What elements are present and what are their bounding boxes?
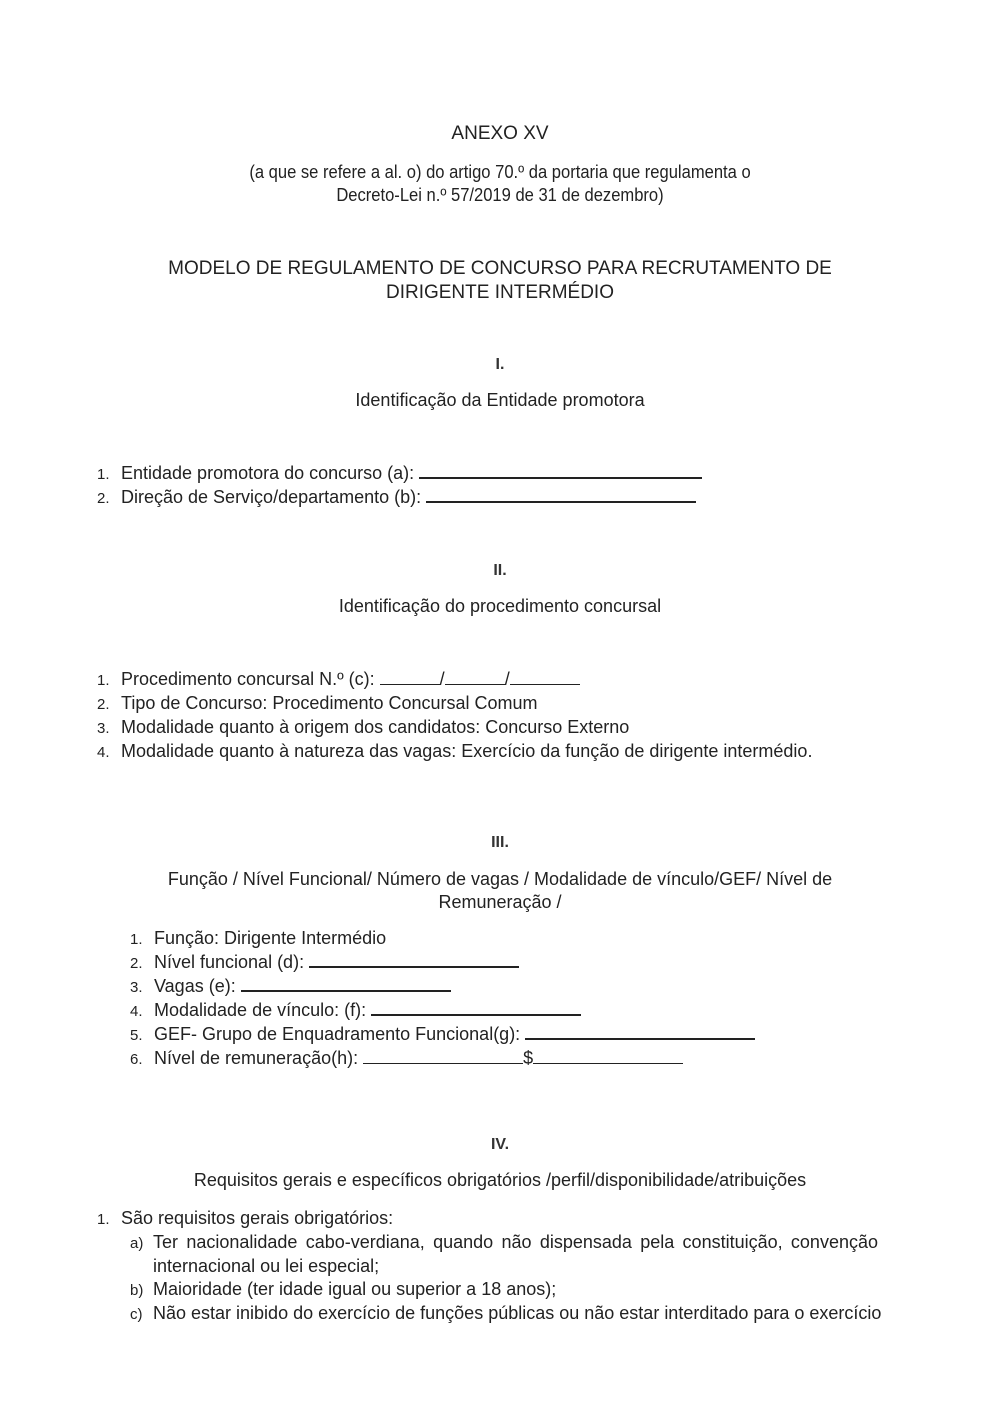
sub-item: b)Maioridade (ter idade igual ou superio… — [97, 1278, 881, 1302]
list-item: 4.Modalidade quanto à natureza das vagas… — [97, 740, 812, 764]
candidate-origin: Modalidade quanto à origem dos candidato… — [121, 717, 629, 737]
list-item: 3.Vagas (e): — [130, 975, 755, 999]
section-1-list: 1.Entidade promotora do concurso (a): 2.… — [97, 462, 702, 510]
procedure-number-field-3[interactable] — [510, 670, 580, 685]
section-2-list: 1.Procedimento concursal N.º (c): // 2.T… — [97, 668, 812, 764]
list-item: 2.Nível funcional (d): — [130, 951, 755, 975]
vacancies-field[interactable] — [241, 976, 451, 992]
section-4-list: 1.São requisitos gerais obrigatórios: a)… — [97, 1207, 881, 1326]
section-4-title: Requisitos gerais e específicos obrigató… — [0, 1170, 1000, 1191]
department-field[interactable] — [426, 487, 696, 503]
bond-modality-field[interactable] — [371, 1000, 581, 1016]
department-label: Direção de Serviço/departamento (b): — [121, 487, 426, 507]
procedure-number-field-1[interactable] — [380, 670, 440, 685]
section-1-numeral: I. — [0, 356, 1000, 374]
list-item: 3.Modalidade quanto à origem dos candida… — [97, 716, 812, 740]
list-item: 2.Tipo de Concurso: Procedimento Concurs… — [97, 692, 812, 716]
list-item: 2.Direção de Serviço/departamento (b): — [97, 486, 702, 510]
annex-reference-line2: Decreto-Lei n.º 57/2019 de 31 de dezembr… — [40, 184, 960, 207]
list-item: 1.Entidade promotora do concurso (a): — [97, 462, 702, 486]
list-item: 6.Nível de remuneração(h): $ — [130, 1047, 755, 1071]
section-3-list: 1.Função: Dirigente Intermédio 2.Nível f… — [130, 927, 755, 1071]
procedure-number-label: Procedimento concursal N.º (c): — [121, 669, 380, 689]
entity-label: Entidade promotora do concurso (a): — [121, 463, 419, 483]
section-2-numeral: II. — [0, 562, 1000, 580]
entity-field[interactable] — [419, 463, 702, 479]
section-3-title: Função / Nível Funcional/ Número de vaga… — [0, 868, 1000, 914]
functional-level-field[interactable] — [309, 952, 519, 968]
annex-reference: (a que se refere a al. o) do artigo 70.º… — [40, 161, 960, 207]
list-item: 1.São requisitos gerais obrigatórios: — [97, 1207, 881, 1231]
remuneration-field-1[interactable] — [363, 1049, 523, 1064]
section-2-title: Identificação do procedimento concursal — [0, 596, 1000, 617]
annex-reference-line1: (a que se refere a al. o) do artigo 70.º… — [40, 161, 960, 184]
sub-item: a)Ter nacionalidade cabo-verdiana, quand… — [97, 1231, 881, 1255]
list-item: 1.Função: Dirigente Intermédio — [130, 927, 755, 951]
list-item: 4.Modalidade de vínculo: (f): — [130, 999, 755, 1023]
section-1-title: Identificação da Entidade promotora — [0, 390, 1000, 411]
gef-field[interactable] — [525, 1024, 755, 1040]
contest-type: Tipo de Concurso: Procedimento Concursal… — [121, 693, 538, 713]
procedure-number-field-2[interactable] — [445, 670, 505, 685]
section-3-numeral: III. — [0, 834, 1000, 852]
sub-item-continuation: internacional ou lei especial; — [97, 1255, 881, 1278]
sub-item: c)Não estar inibido do exercício de funç… — [97, 1302, 881, 1326]
document-title-line2: DIRIGENTE INTERMÉDIO — [0, 281, 1000, 305]
vacancy-nature: Modalidade quanto à natureza das vagas: … — [121, 741, 812, 761]
function-value: Função: Dirigente Intermédio — [154, 928, 386, 948]
general-requirements-heading: São requisitos gerais obrigatórios: — [121, 1208, 393, 1228]
section-4-numeral: IV. — [0, 1136, 1000, 1154]
document-title: MODELO DE REGULAMENTO DE CONCURSO PARA R… — [0, 257, 1000, 305]
annex-title: ANEXO XV — [0, 123, 1000, 145]
remuneration-field-2[interactable] — [533, 1049, 683, 1064]
currency-symbol: $ — [523, 1048, 533, 1068]
list-item: 1.Procedimento concursal N.º (c): // — [97, 668, 812, 692]
list-item: 5.GEF- Grupo de Enquadramento Funcional(… — [130, 1023, 755, 1047]
document-title-line1: MODELO DE REGULAMENTO DE CONCURSO PARA R… — [0, 257, 1000, 281]
